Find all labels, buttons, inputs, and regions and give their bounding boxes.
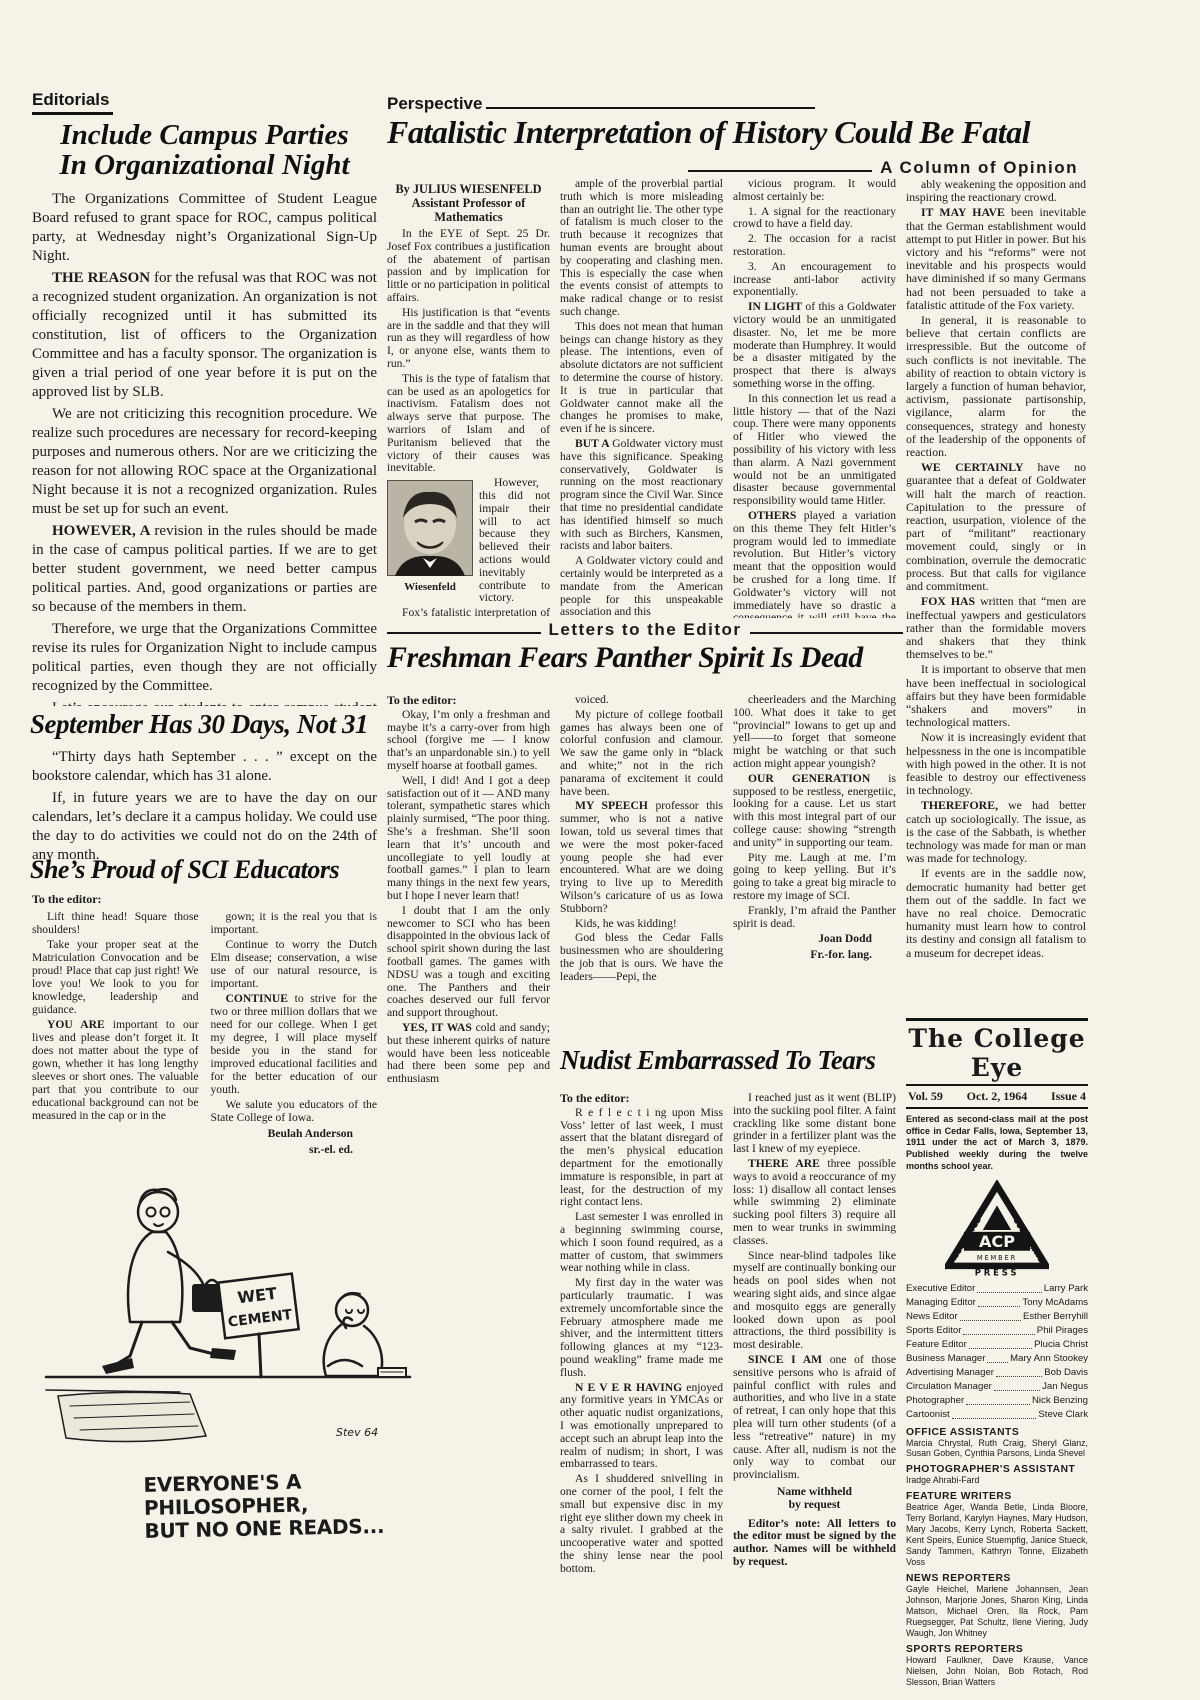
newspaper-page: Editorials Include Campus Parties In Org…	[0, 0, 1200, 1700]
paragraph: HOWEVER, A revision in the rules should …	[32, 522, 377, 617]
editorials-kicker: Editorials	[32, 90, 113, 115]
perspective-kicker: Perspective	[387, 94, 815, 116]
paragraph: FOX HAS written that “men are ineffectua…	[906, 595, 1086, 661]
paragraph: Okay, I’m only a freshman and maybe it’s…	[387, 709, 550, 773]
paragraph: Lift thine head! Square those shoulders!	[32, 910, 199, 936]
paragraph: As I shuddered snivelling in one corner …	[560, 1473, 723, 1575]
staff-row: PhotographerNick Benzing	[906, 1394, 1088, 1408]
paragraph: MY SPEECH professor this summer, who is …	[560, 800, 723, 915]
paragraph: Let’s encourage our students to enter ca…	[32, 699, 377, 706]
nudist-signature: Name withheld	[733, 1486, 896, 1499]
freshman-letter-headline: Freshman Fears Panther Spirit Is Dead	[387, 642, 903, 674]
paragraph: CONTINUE to strive for the two or three …	[211, 992, 378, 1096]
paragraph: Last semester I was enrolled in a beginn…	[560, 1211, 723, 1275]
paragraph: If events are in the saddle now, democra…	[906, 867, 1086, 959]
paragraph: THE REASON for the refusal was that ROC …	[32, 269, 377, 402]
paragraph: The Organizations Committee of Student L…	[32, 190, 377, 266]
paragraph: God bless the Cedar Falls businessmen wh…	[560, 932, 723, 983]
paragraph: Continue to worry the Dutch Elm disease;…	[211, 938, 378, 990]
staff-row: Sports EditorPhil Pirages	[906, 1324, 1088, 1338]
wet-cement-sign: WET CEMENT	[218, 1274, 298, 1339]
staff-row: Business ManagerMary Ann Stookey	[906, 1352, 1088, 1366]
staff-group: PHOTOGRAPHER'S ASSISTANTIradge Ahrabi-Fa…	[906, 1464, 1088, 1486]
paragraph: OUR GENERATION is supposed to be restles…	[733, 773, 896, 850]
staff-group: OFFICE ASSISTANTSMarcia Chrystal, Ruth C…	[906, 1427, 1088, 1460]
paragraph: My picture of college football games has…	[560, 709, 723, 799]
photo-caption: Wiesenfeld	[387, 581, 473, 594]
perspective-col3: vicious program. It would almost certain…	[733, 178, 896, 618]
staff-row: CartoonistSteve Clark	[906, 1408, 1088, 1422]
paragraph: Frankly, I’m afraid the Panther spirit i…	[733, 905, 896, 931]
paragraph: IT MAY HAVE been inevitable that the Ger…	[906, 206, 1086, 312]
paragraph: OTHERS played a variation on this theme …	[733, 510, 896, 618]
nudist-salutation: To the editor:	[560, 1092, 723, 1105]
nudist-colA: To the editor: R e f l e c t i ng upon M…	[560, 1092, 723, 1654]
svg-text:PRESS: PRESS	[975, 1269, 1020, 1279]
sci-letter-signature: Beulah Anderson	[211, 1127, 378, 1140]
paragraph: cheerleaders and the Marching 100. What …	[733, 694, 896, 771]
paragraph: N E V E R HAVING enjoyed any formitive y…	[560, 1382, 723, 1472]
letters-section-rule: Letters to the Editor	[387, 620, 903, 640]
masthead-volume: Vol. 59	[908, 1089, 943, 1104]
paragraph: I doubt that I am the only newcomer to S…	[387, 905, 550, 1020]
staff-list: Executive EditorLarry ParkManaging Edito…	[906, 1282, 1088, 1421]
paragraph: Kids, he was kidding!	[560, 918, 723, 931]
nudist-signature-title: by request	[733, 1499, 896, 1512]
masthead-entered-notice: Entered as second-class mail at the post…	[906, 1114, 1088, 1172]
paragraph: I reached just as it went (BLIP) into th…	[733, 1092, 896, 1156]
sci-letter-salutation: To the editor:	[32, 892, 102, 907]
paragraph: We are not criticizing this recognition …	[32, 405, 377, 519]
editorials-kicker-label: Editorials	[32, 90, 113, 115]
staff-groups: OFFICE ASSISTANTSMarcia Chrystal, Ruth C…	[906, 1427, 1088, 1689]
editorial1-body: The Organizations Committee of Student L…	[32, 190, 377, 706]
svg-text:MEMBER: MEMBER	[977, 1255, 1017, 1263]
paragraph: We salute you educators of the State Col…	[211, 1098, 378, 1124]
perspective-byline: By JULIUS WIESENFELD Assistant Professor…	[387, 182, 550, 224]
staff-group: NEWS REPORTERSGayle Heichel, Marlene Joh…	[906, 1573, 1088, 1639]
nudist-colB: I reached just as it went (BLIP) into th…	[733, 1092, 896, 1640]
paragraph: In this connection let us read a little …	[733, 393, 896, 508]
editors-note: Editor’s note: All letters to the editor…	[733, 1518, 896, 1569]
paragraph: Fox’s fatalistic interpretation of histo…	[387, 607, 550, 618]
paragraph: R e f l e c t i ng upon Miss Voss’ lette…	[560, 1107, 723, 1209]
freshman-salutation: To the editor:	[387, 694, 550, 707]
paragraph: vicious program. It would almost certain…	[733, 178, 896, 204]
paragraph: Now it is increasingly evident that help…	[906, 731, 1086, 797]
staff-row: Feature EditorPlucia Christ	[906, 1338, 1088, 1352]
staff-group: FEATURE WRITERSBeatrice Ager, Wanda Betl…	[906, 1491, 1088, 1568]
staff-row: Managing EditorTony McAdams	[906, 1296, 1088, 1310]
editorial-cartoon: WET CEMENT Stev 64 EVERYONE'S A PHILOSOP…	[40, 1140, 420, 1540]
cartoon-artist-signature: Stev 64	[336, 1426, 378, 1439]
column-of-opinion: A Column of Opinion	[688, 158, 1086, 178]
paragraph: Therefore, we urge that the Organization…	[32, 620, 377, 696]
paragraph: Well, I did! And I got a deep satisfacti…	[387, 775, 550, 903]
cartoon-caption: EVERYONE'S A PHILOSOPHER, BUT NO ONE REA…	[143, 1468, 420, 1543]
paragraph: His justification is that “events are in…	[387, 307, 550, 371]
freshman-signature: Joan Dodd	[733, 933, 896, 946]
paragraph: WE CERTAINLY have no guarantee that a de…	[906, 461, 1086, 593]
paragraph: 3. An encouragement to increase anti-lab…	[733, 261, 896, 299]
paragraph: My first day in the water was particular…	[560, 1277, 723, 1379]
editorial2-body: “Thirty days hath September . . . ” exce…	[32, 748, 377, 868]
staff-row: Executive EditorLarry Park	[906, 1282, 1088, 1296]
paragraph: BUT A Goldwater victory must have this s…	[560, 438, 723, 553]
perspective-headline: Fatalistic Interpretation of History Cou…	[387, 116, 1087, 150]
paragraph: A Goldwater victory could and certainly …	[560, 555, 723, 618]
staff-row: News EditorEsther Berryhill	[906, 1310, 1088, 1324]
paragraph: “Thirty days hath September . . . ” exce…	[32, 748, 377, 786]
masthead-date: Oct. 2, 1964	[967, 1089, 1028, 1104]
paragraph: THERE ARE three possible ways to avoid a…	[733, 1158, 896, 1248]
staff-row: Advertising ManagerBob Davis	[906, 1366, 1088, 1380]
paragraph: This does not mean that human beings can…	[560, 321, 723, 436]
paragraph: IN LIGHT of this a Goldwater victory wou…	[733, 301, 896, 391]
perspective-col2: ample of the proverbial partial truth wh…	[560, 178, 723, 618]
paragraph: ample of the proverbial partial truth wh…	[560, 178, 723, 319]
perspective-col1: By JULIUS WIESENFELD Assistant Professor…	[387, 182, 550, 618]
paragraph: gown; it is the real you that is importa…	[211, 910, 378, 936]
editorial2-headline: September Has 30 Days, Not 31	[30, 710, 377, 738]
staff-group: SPORTS REPORTERSHoward Faulkner, Dave Kr…	[906, 1644, 1088, 1688]
freshman-col3: cheerleaders and the Marching 100. What …	[733, 694, 896, 1042]
sci-letter-headline: She’s Proud of SCI Educators	[30, 856, 377, 883]
paragraph: Since near-blind tadpoles like myself ar…	[733, 1250, 896, 1352]
wiesenfeld-portrait	[387, 480, 473, 576]
cartoon-drawing: WET CEMENT Stev 64	[40, 1140, 416, 1462]
freshman-col1: To the editor: Okay, I’m only a freshman…	[387, 694, 550, 1192]
paragraph: 2. The occasion for a racist restoration…	[733, 233, 896, 259]
staff-row: Circulation ManagerJan Negus	[906, 1380, 1088, 1394]
paragraph: Pity me. Laugh at me. I’m going to keep …	[733, 852, 896, 903]
paragraph: Take your proper seat at the Matriculati…	[32, 938, 199, 1016]
masthead-vol-row: Vol. 59 Oct. 2, 1964 Issue 4	[906, 1084, 1088, 1109]
svg-text:ACP: ACP	[979, 1232, 1015, 1251]
paragraph: ably weakening the opposition and inspir…	[906, 178, 1086, 204]
paragraph: It is important to observe that men have…	[906, 663, 1086, 729]
perspective-col4: ably weakening the opposition and inspir…	[906, 178, 1086, 1010]
paragraph: THEREFORE, we had better catch up sociol…	[906, 799, 1086, 865]
nudist-letter-headline: Nudist Embarrassed To Tears	[560, 1046, 905, 1074]
paragraph: This is the type of fatalism that can be…	[387, 373, 550, 475]
paragraph: YOU ARE important to our lives and pleas…	[32, 1018, 199, 1122]
freshman-signature-title: Fr.-for. lang.	[733, 949, 896, 962]
paragraph: In general, it is reasonable to believe …	[906, 314, 1086, 459]
masthead-title: The College Eye	[906, 1021, 1088, 1084]
paragraph: 1. A signal for the reactionary crowd to…	[733, 206, 896, 232]
editorial1-headline: Include Campus Parties In Organizational…	[32, 120, 377, 181]
paragraph: SINCE I AM one of those sensitive person…	[733, 1354, 896, 1482]
acp-press-logo: ACP MEMBER ASSOCIATED COLLEGIATE PRESS	[945, 1180, 1049, 1278]
paragraph: voiced.	[560, 694, 723, 707]
masthead-issue: Issue 4	[1051, 1089, 1086, 1104]
masthead: The College Eye Vol. 59 Oct. 2, 1964 Iss…	[906, 1018, 1088, 1688]
wiesenfeld-photo: Wiesenfeld	[387, 480, 473, 594]
paragraph: In the EYE of Sept. 25 Dr. Josef Fox con…	[387, 228, 550, 305]
paragraph: YES, IT WAS cold and sandy; but these in…	[387, 1022, 550, 1086]
paragraph: If, in future years we are to have the d…	[32, 789, 377, 865]
freshman-col2: voiced.My picture of college football ga…	[560, 694, 723, 1042]
